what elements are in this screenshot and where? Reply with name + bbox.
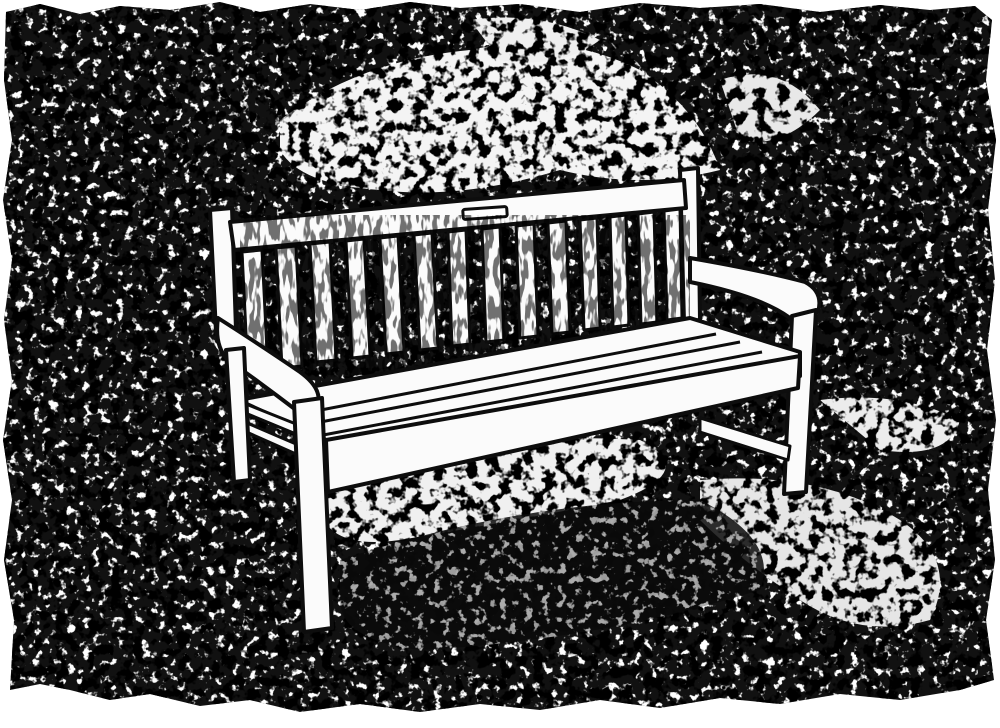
bench-photo: [0, 0, 1000, 728]
photo-area: [0, 0, 1000, 728]
